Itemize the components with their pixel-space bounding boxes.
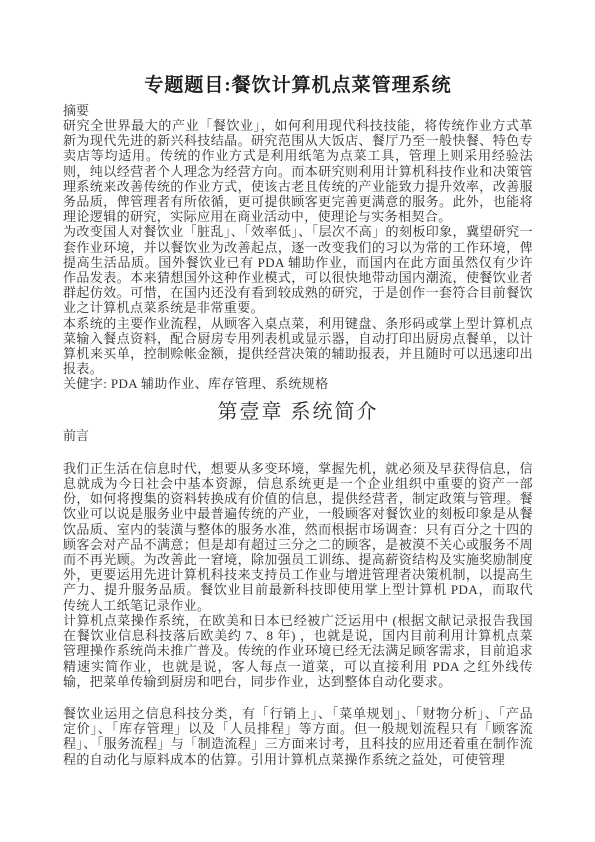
- abstract-paragraph-3: 本系统的主要作业流程，从顾客入桌点菜，利用键盘、条形码或掌上型计算机点菜输入餐点…: [63, 316, 533, 377]
- document-title: 专题题目:餐饮计算机点菜管理系统: [63, 70, 533, 97]
- foreword-label: 前言: [63, 428, 533, 443]
- chapter-heading: 第壹章 系统简介: [63, 395, 533, 424]
- keywords-line: 关健字: PDA 辅助作业、库存管理、系统规格: [63, 376, 533, 391]
- foreword-paragraph-2: 计算机点菜操作系统，在欧美和日本已经被广泛运用中 (根据文献记录报告我国在餐饮业…: [63, 613, 533, 689]
- closing-paragraph: 餐饮业运用之信息科技分类，有「行销上」、「菜单规划」、「财物分析」、「产品定价」…: [63, 706, 533, 767]
- abstract-label: 摘要: [63, 103, 533, 118]
- document-page: 专题题目:餐饮计算机点菜管理系统 摘要 研究全世界最大的产业「餐饮业」，如何利用…: [0, 0, 595, 842]
- abstract-paragraph-2: 为改变国人对餐饮业「脏乱」、「效率低」、「层次不高」的刻板印象，冀望研究一套作业…: [63, 224, 533, 315]
- foreword-paragraph-1: 我们正生活在信息时代，想要从多变环境，掌握先机，就必须及早获得信息，信息就成为今…: [63, 461, 533, 613]
- abstract-paragraph-1: 研究全世界最大的产业「餐饮业」，如何利用现代科技技能，将传统作业方式革新为现代先…: [63, 118, 533, 224]
